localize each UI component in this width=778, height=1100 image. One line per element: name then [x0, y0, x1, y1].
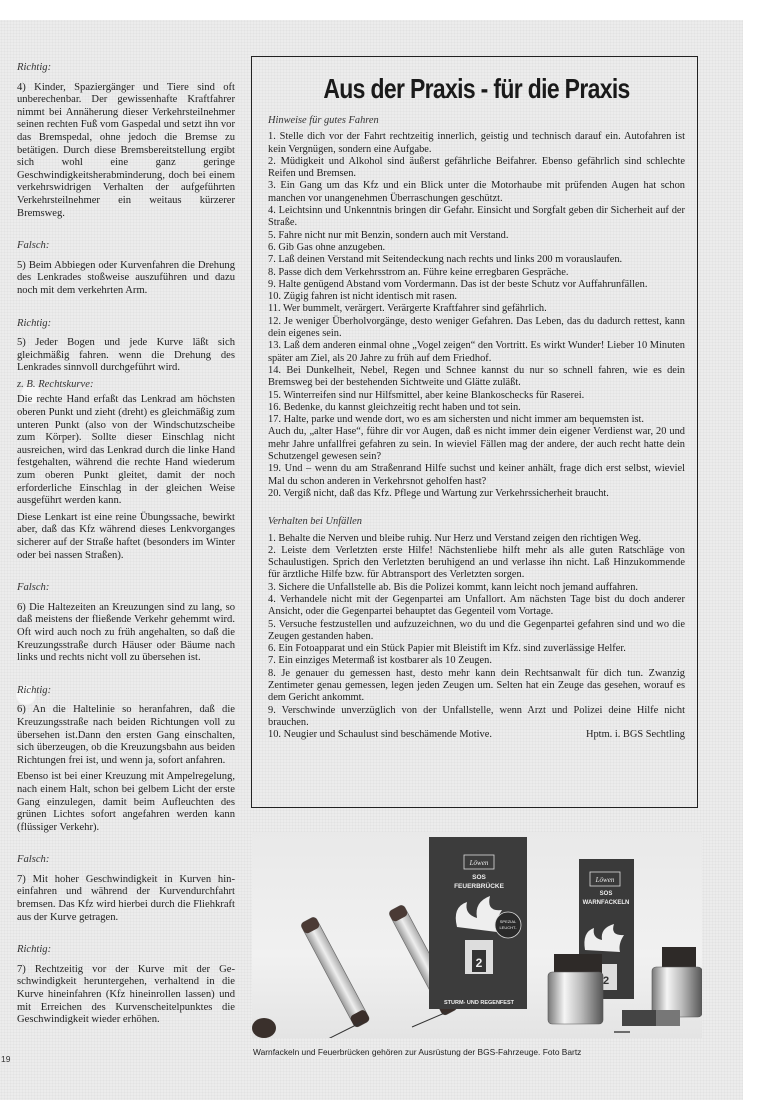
list-item: 2. Leiste dem Verletzten erste Hilfe! Nä… [268, 545, 685, 582]
list-item: 13. Laß dem anderen einmal ohne „Vogel z… [268, 340, 685, 365]
left-column-article: Richtig: 4) Kinder, Spaziergänger und Ti… [17, 62, 235, 1031]
page-number: 19 [1, 1054, 10, 1064]
paragraph: Die rechte Hand erfaßt das Lenkrad am hö… [17, 394, 235, 507]
section-label: Richtig: [17, 318, 235, 331]
last-tip: 10. Neugier und Schaulust sind beschämen… [268, 729, 492, 741]
svg-text:Löwen: Löwen [595, 876, 615, 884]
list-item: 3. Sichere die Unfallstelle ab. Bis die … [268, 582, 685, 594]
list-item: 6. Gib Gas ohne anzugeben. [268, 242, 685, 254]
list-item: 19. Und – wenn du am Straßenrand Hilfe s… [268, 463, 685, 488]
svg-text:SOS: SOS [600, 891, 613, 897]
section-label: Richtig: [17, 944, 235, 957]
svg-text:FEUERBRÜCKE: FEUERBRÜCKE [454, 881, 505, 890]
tips-box: Aus der Praxis - für die Praxis Hinweise… [251, 56, 698, 808]
paragraph: 5) Jeder Bogen und jede Kurve läßt sich … [17, 337, 235, 375]
paragraph: 7) Rechtzeitig vor der Kurve mit der Ge­… [17, 964, 235, 1027]
svg-text:SOS: SOS [472, 874, 486, 881]
paragraph: 6) An die Haltelinie so heranfahren, daß… [17, 704, 235, 767]
list-item: 16. Bedenke, du kannst gleichzeitig rech… [268, 402, 685, 414]
section-label: Richtig: [17, 62, 235, 75]
sub-label: z. B. Rechtskurve: [17, 379, 235, 392]
list-item: 4. Verhandele nicht mit der Gegenpartei … [268, 594, 685, 619]
list-item: 8. Passe dich dem Verkehrsstrom an. Führ… [268, 267, 685, 279]
list-item: 11. Wer bummelt, verärgert. Verärgerte K… [268, 303, 685, 315]
accident-tips-list: 1. Behalte die Nerven und bleibe ruhig. … [268, 533, 685, 730]
section-label: Falsch: [17, 854, 235, 867]
list-item: 9. Verschwinde unverzüglich von der Unfa… [268, 705, 685, 730]
paragraph: 4) Kinder, Spaziergänger und Tiere sind … [17, 82, 235, 221]
author-credit: Hptm. i. BGS Sechtling [586, 729, 685, 741]
list-item: 6. Ein Fotoapparat und ein Stück Papier … [268, 643, 685, 655]
list-item: 10. Zügig fahren ist nicht identisch mit… [268, 291, 685, 303]
svg-text:Löwen: Löwen [469, 859, 489, 867]
list-item: 9. Halte genügend Abstand vom Vordermann… [268, 279, 685, 291]
list-item: 7. Ein einziges Metermaß ist kostbarer a… [268, 655, 685, 667]
box-title: Aus der Praxis - für die Praxis [306, 73, 648, 105]
product-photo: Löwen SOS FEUERBRÜCKE SPEZIAL LEUCHT- 2 … [252, 832, 702, 1038]
list-item: 12. Je weniger Überholvorgänge, desto we… [268, 316, 685, 341]
paragraph: 7) Mit hoher Geschwindigkeit in Kurven h… [17, 874, 235, 924]
svg-text:LEUCHT-: LEUCHT- [499, 925, 517, 930]
svg-text:2: 2 [603, 975, 609, 987]
list-item: 17. Halte, parke und wende dort, wo es a… [268, 414, 685, 426]
svg-text:2: 2 [476, 956, 483, 970]
list-item: 14. Bei Dunkelheit, Nebel, Regen und Sch… [268, 365, 685, 390]
section-title: Hinweise für gutes Fahren [268, 115, 685, 127]
section-label: Falsch: [17, 582, 235, 595]
list-item: 3. Ein Gang um das Kfz und ein Blick unt… [268, 180, 685, 205]
list-item: 8. Je genauer du gemessen hast, desto me… [268, 668, 685, 705]
photo-caption: Warnfackeln und Feuerbrücken gehören zur… [253, 1047, 581, 1057]
list-item: 1. Behalte die Nerven und bleibe ruhig. … [268, 533, 685, 545]
list-item: 10. Neugier und Schaulust sind beschämen… [268, 729, 685, 741]
section-label: Falsch: [17, 240, 235, 253]
paragraph: 5) Beim Abbiegen oder Kurvenfahren die D… [17, 260, 235, 298]
paragraph: Ebenso ist bei einer Kreuzung mit Ampel­… [17, 771, 235, 834]
svg-text:STURM- UND REGENFEST: STURM- UND REGENFEST [444, 1000, 515, 1006]
paragraph: Diese Lenkart ist eine reine Übungssache… [17, 512, 235, 562]
list-item: 5. Fahre nicht nur mit Benzin, sondern a… [268, 230, 685, 242]
section-label: Richtig: [17, 685, 235, 698]
driving-tips-list: 1. Stelle dich vor der Fahrt rechtzeitig… [268, 131, 685, 500]
svg-text:WARNFACKELN: WARNFACKELN [583, 900, 630, 906]
list-item: 5. Versuche festzustellen und aufzuzeich… [268, 619, 685, 644]
list-item: 15. Winterreifen sind nur Hilfsmittel, a… [268, 390, 685, 402]
list-item: Auch du, „alter Hase“, führe dir vor Aug… [268, 426, 685, 463]
list-item: 4. Leichtsinn und Unkenntnis bringen dir… [268, 205, 685, 230]
list-item: 1. Stelle dich vor der Fahrt rechtzeitig… [268, 131, 685, 156]
list-item: 2. Müdigkeit und Alkohol sind äußerst ge… [268, 156, 685, 181]
section-title: Verhalten bei Unfällen [268, 516, 685, 528]
list-item: 7. Laß deinen Verstand mit Seitendeckung… [268, 254, 685, 266]
svg-text:SPEZIAL: SPEZIAL [500, 919, 517, 924]
warning-flares-photo: Löwen SOS FEUERBRÜCKE SPEZIAL LEUCHT- 2 … [252, 832, 702, 1038]
paragraph: 6) Die Haltezeiten an Kreuzungen sind zu… [17, 602, 235, 665]
list-item: 20. Vergiß nicht, daß das Kfz. Pflege un… [268, 488, 685, 500]
